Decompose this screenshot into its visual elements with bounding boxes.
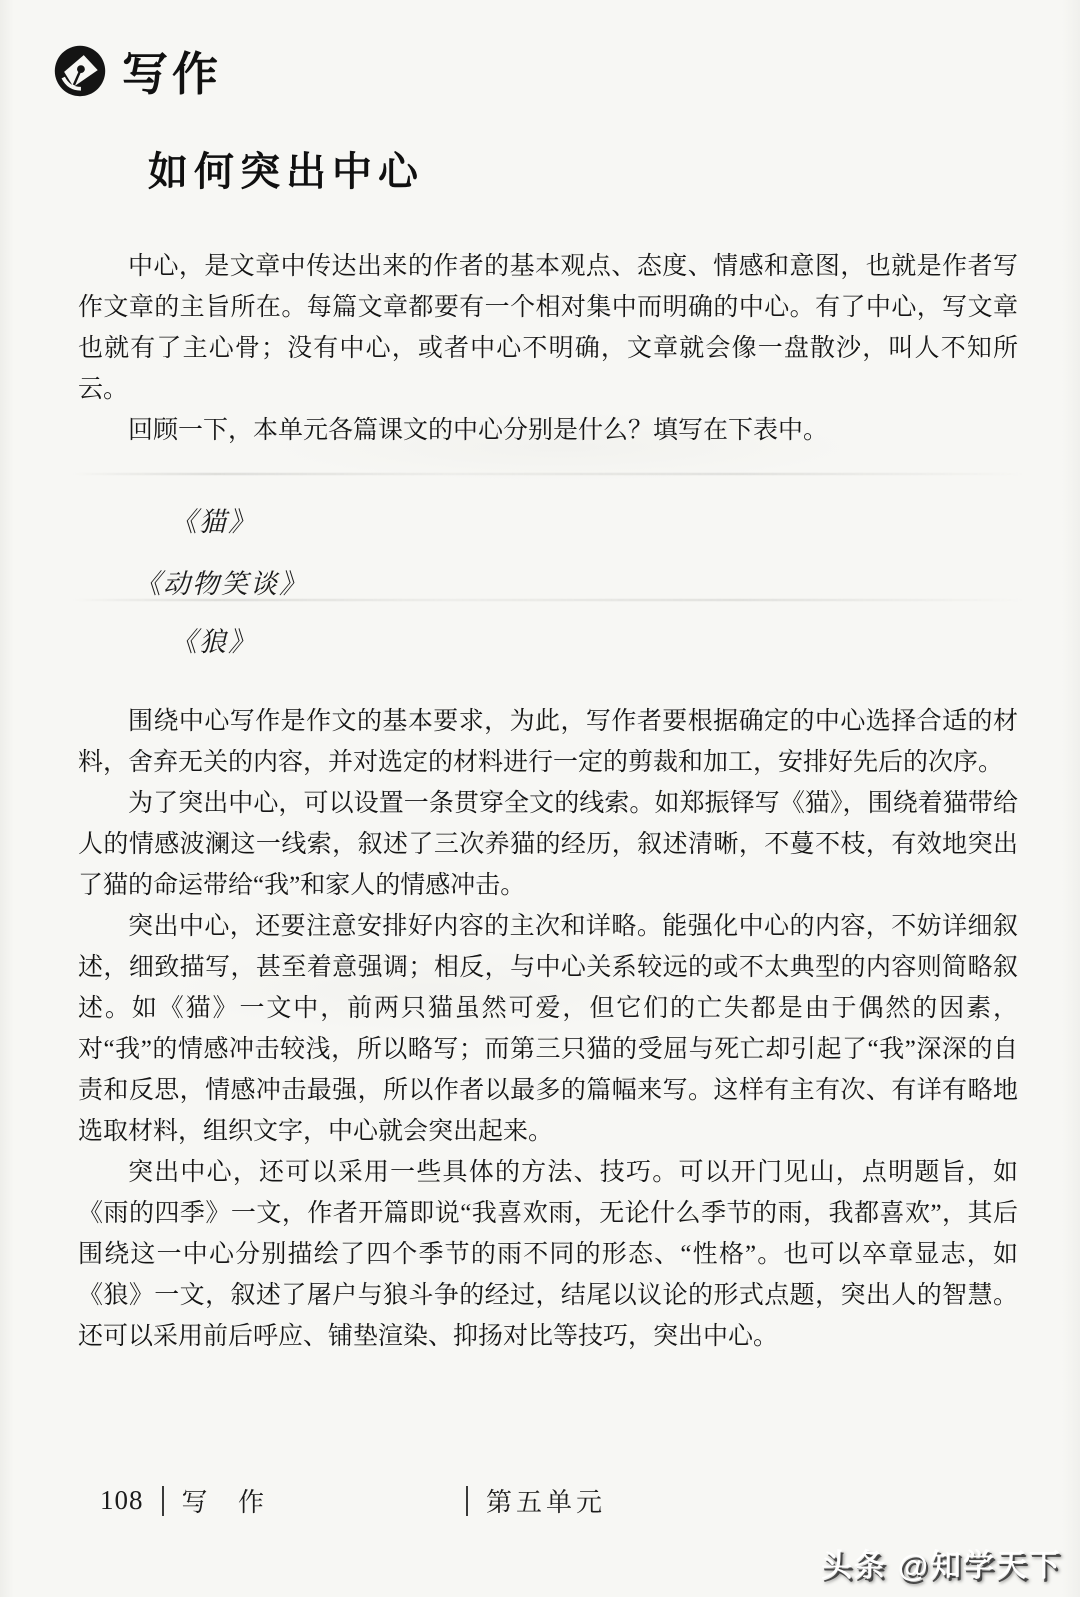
paragraph-thread: 为了突出中心，可以设置一条贯穿全文的线索。如郑振铎写《猫》，围绕着猫带给人的情感… (78, 783, 1018, 906)
footer-section-label: 写 作 (182, 1482, 277, 1519)
table-rule (72, 599, 1024, 601)
table-row: 《猫》 (78, 489, 1018, 549)
footer-divider (466, 1486, 468, 1516)
answer-cell (308, 551, 1018, 611)
section-label: 写作 (122, 38, 222, 104)
paragraph-detail-levels: 突出中心，还要注意安排好内容的主次和详略。能强化中心的内容，不妨详细叙述，细致描… (78, 906, 1018, 1152)
page-root: 写作 如何突出中心 中心，是文章中传达出来的作者的基本观点、态度、情感和意图，也… (0, 0, 1080, 1597)
paragraph-intro-2: 回顾一下，本单元各篇课文的中心分别是什么？填写在下表中。 (78, 410, 1018, 451)
watermark-text: 头条 @知学天下 (821, 1540, 1062, 1585)
page-footer: 108 写 作 第五单元 (100, 1482, 606, 1519)
course-title-cat: 《猫》 (170, 500, 257, 539)
table-rule (72, 473, 1024, 475)
pen-nib-icon (52, 43, 108, 99)
table-row: 《狼》 (78, 609, 1018, 669)
course-title-wolf: 《狼》 (170, 620, 257, 659)
page-title: 如何突出中心 (148, 140, 424, 197)
footer-unit-label: 第五单元 (486, 1482, 606, 1519)
section-header: 写作 (52, 38, 222, 104)
article-body: 中心，是文章中传达出来的作者的基本观点、态度、情感和意图，也就是作者写作文章的主… (78, 246, 1018, 1357)
table-row: 《动物笑谈》 (78, 551, 1018, 611)
footer-divider (162, 1486, 164, 1516)
paragraph-techniques: 突出中心，还可以采用一些具体的方法、技巧。可以开门见山，点明题旨，如《雨的四季》… (78, 1152, 1018, 1357)
worksheet-table: 《猫》 《动物笑谈》 《狼》 (78, 467, 1018, 679)
paragraph-materials: 围绕中心写作是作文的基本要求，为此，写作者要根据确定的中心选择合适的材料，舍弃无… (78, 701, 1018, 783)
course-title-animal-anecdotes: 《动物笑谈》 (134, 562, 308, 601)
answer-cell (257, 489, 1018, 549)
paragraph-intro-1: 中心，是文章中传达出来的作者的基本观点、态度、情感和意图，也就是作者写作文章的主… (78, 246, 1018, 410)
answer-cell (257, 609, 1018, 669)
page-number: 108 (100, 1485, 144, 1516)
